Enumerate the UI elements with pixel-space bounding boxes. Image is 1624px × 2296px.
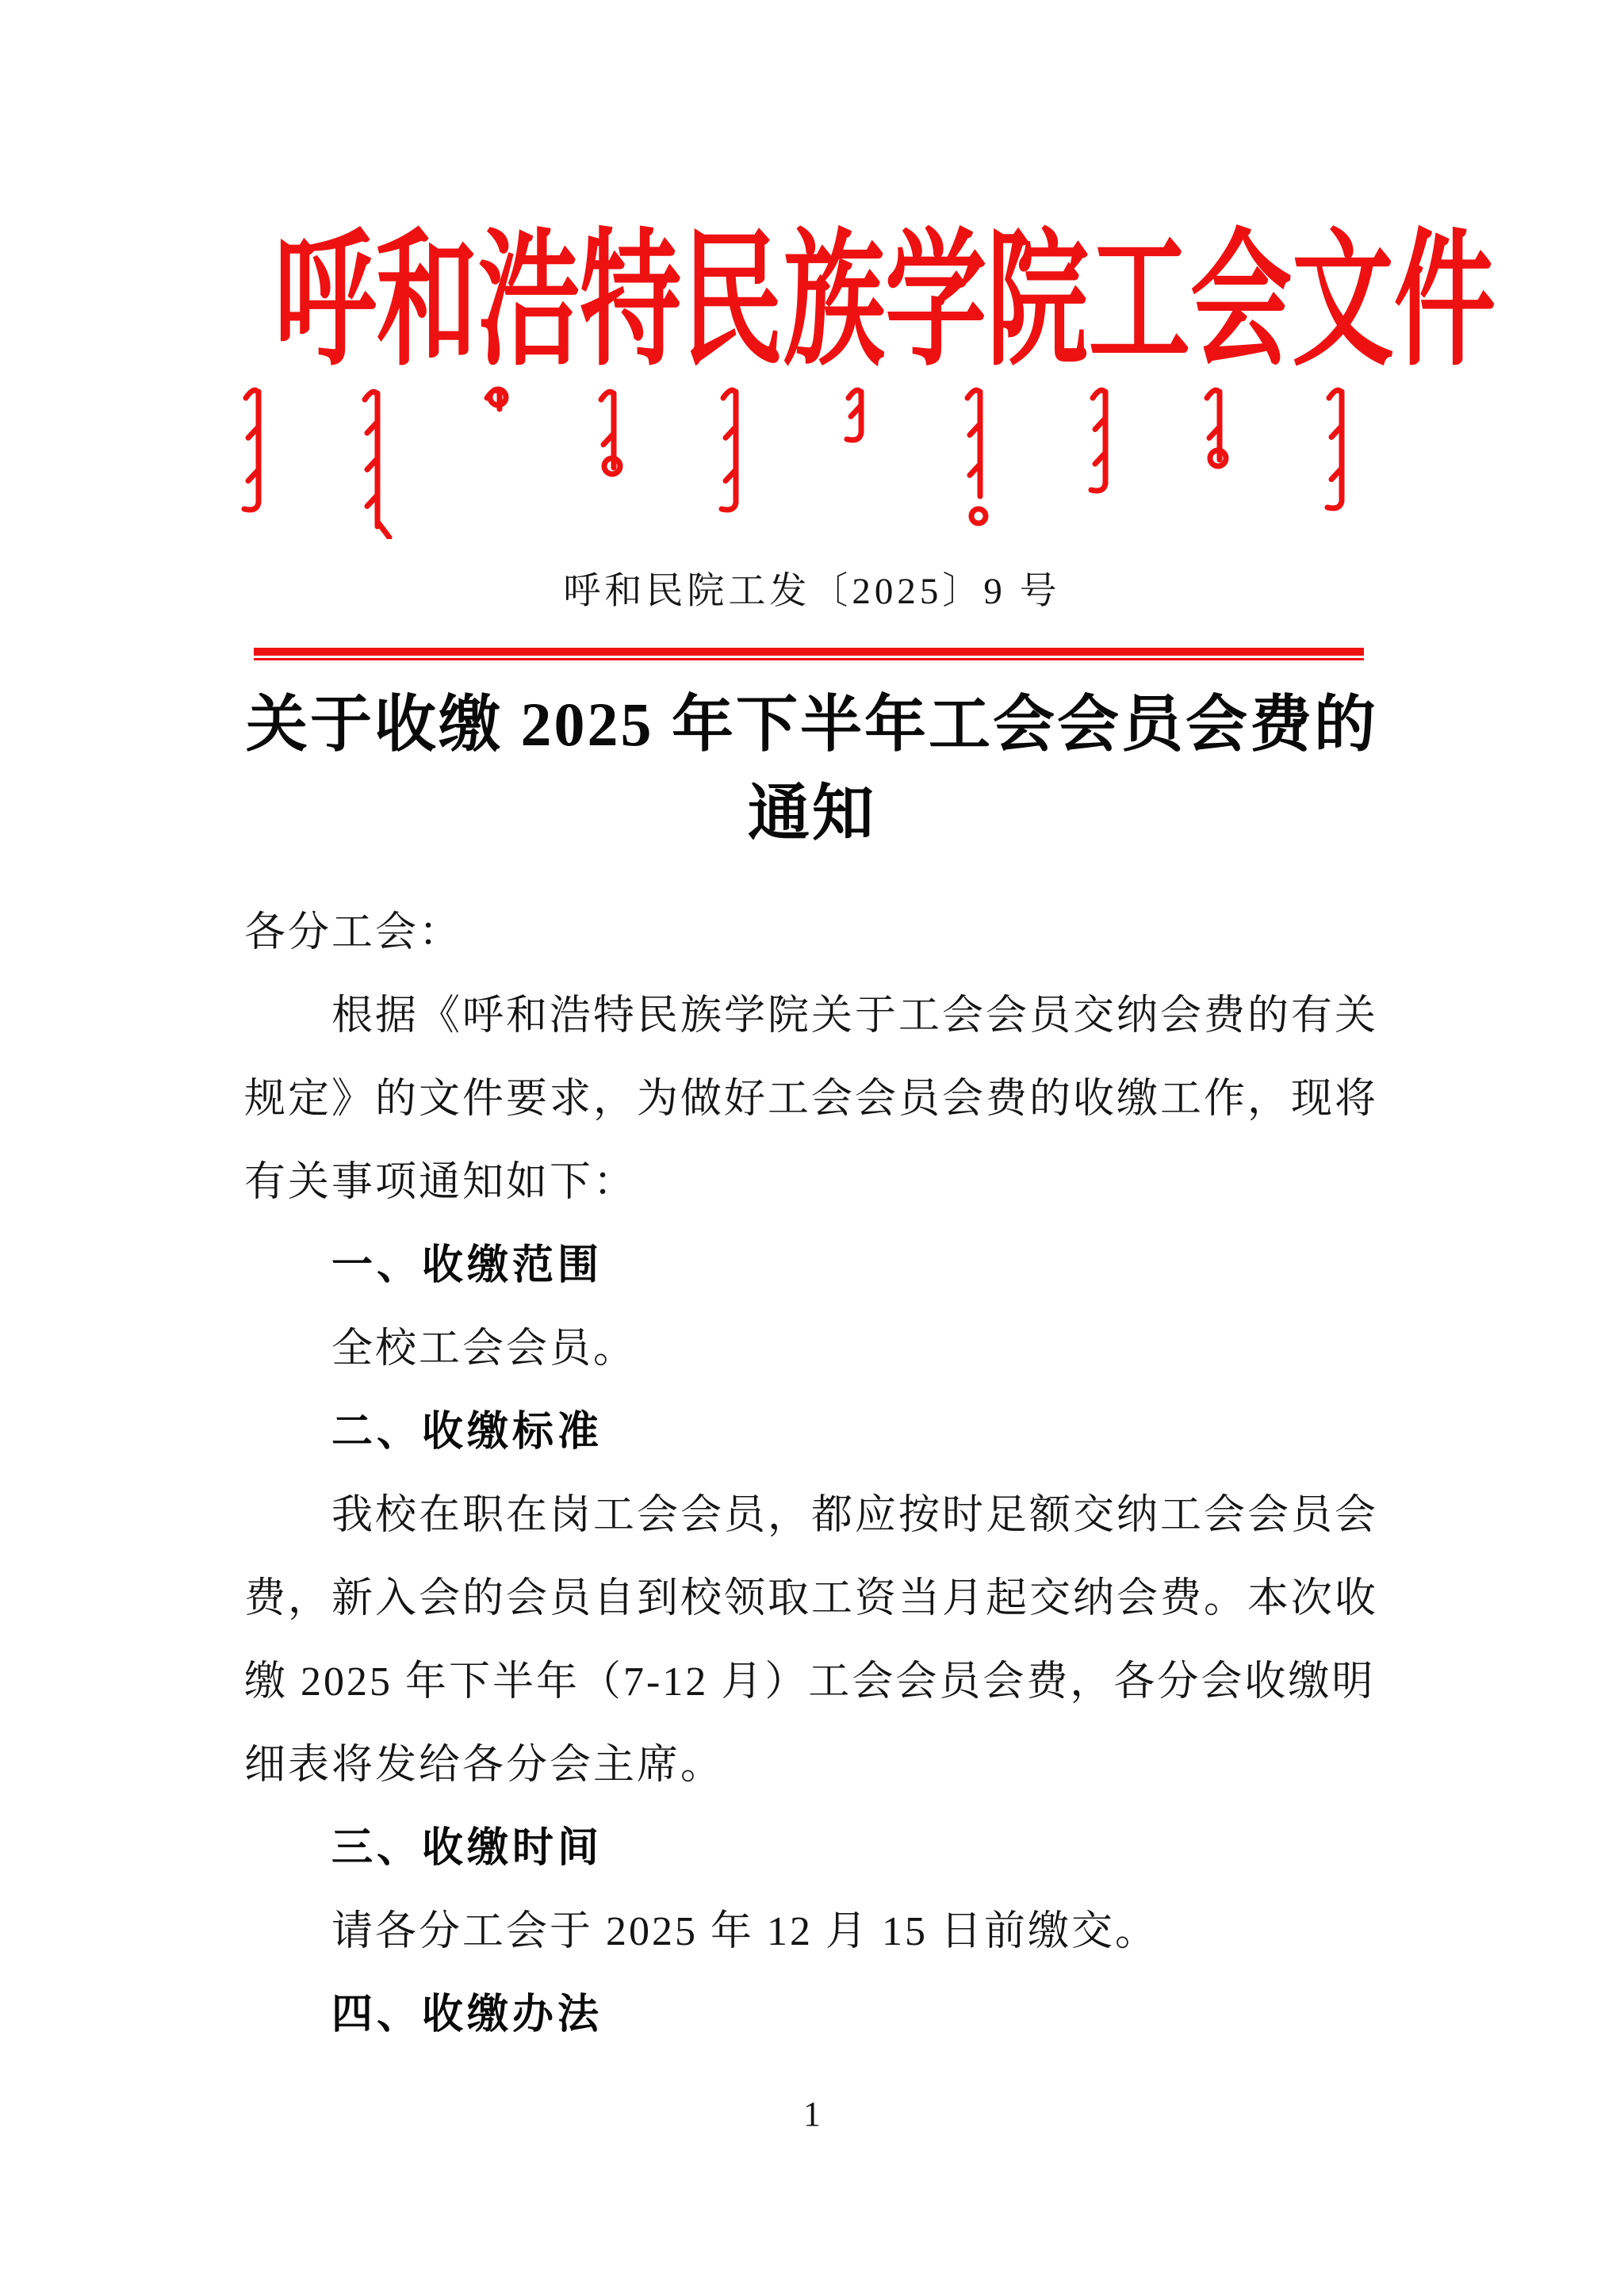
body-line: 全校工会会员。 (244, 1307, 1383, 1391)
mongolian-script-word (476, 385, 522, 436)
body-line: 有关事项通知如下： (244, 1141, 1383, 1224)
red-divider-thick-bar (254, 648, 1364, 656)
body-line: 规定》的文件要求，为做好工会会员会费的收缴工作，现将 (244, 1058, 1383, 1141)
section-heading: 二、收缴标准 (244, 1391, 1383, 1474)
section-heading: 三、收缴时间 (244, 1807, 1383, 1890)
document-title-line2: 通知 (748, 779, 876, 848)
body-line: 费，新入会的会员自到校领取工资当月起交纳会费。本次收 (244, 1557, 1383, 1640)
section-heading: 四、收缴办法 (244, 1973, 1383, 2057)
document-number: 呼和民院工发〔2025〕9 号 (0, 568, 1624, 615)
red-divider-line (254, 648, 1364, 660)
body-line: 细表将发给各分会主席。 (244, 1724, 1383, 1807)
document-page: 呼和浩特民族学院工会文件 呼和民院工发〔2025〕9 号 关于收缴 2025 年… (0, 0, 1624, 2296)
mongolian-script-word (590, 387, 636, 480)
document-title: 关于收缴 2025 年下半年工会会员会费的 通知 (0, 680, 1624, 858)
section-heading: 一、收缴范围 (244, 1224, 1383, 1307)
mongolian-script-word (837, 385, 883, 446)
red-divider-thin-bar (254, 658, 1364, 660)
document-body: 各分工会：根据《呼和浩特民族学院关于工会会员交纳会费的有关规定》的文件要求，为做… (244, 891, 1383, 2057)
body-line: 缴 2025 年下半年（7-12 月）工会会员会费，各分会收缴明 (244, 1640, 1383, 1724)
mongolian-script-word (235, 385, 281, 515)
document-title-line1: 关于收缴 2025 年下半年工会会员会费的 (246, 690, 1378, 759)
body-line: 我校在职在岗工会会员，都应按时足额交纳工会会员会 (244, 1474, 1383, 1557)
mongolian-script-word (1082, 385, 1128, 496)
mongolian-script-word (956, 385, 1002, 526)
mongolian-script-word (1196, 385, 1242, 473)
body-line: 请各分工会于 2025 年 12 月 15 日前缴交。 (244, 1890, 1383, 1973)
mongolian-script-banner (0, 0, 1624, 555)
mongolian-script-word (1318, 385, 1364, 514)
body-line: 各分工会： (244, 891, 1383, 974)
body-line: 根据《呼和浩特民族学院关于工会会员交纳会费的有关 (244, 974, 1383, 1058)
page-number: 1 (0, 2095, 1624, 2134)
mongolian-script-word (354, 387, 400, 539)
mongolian-script-word (712, 385, 758, 515)
